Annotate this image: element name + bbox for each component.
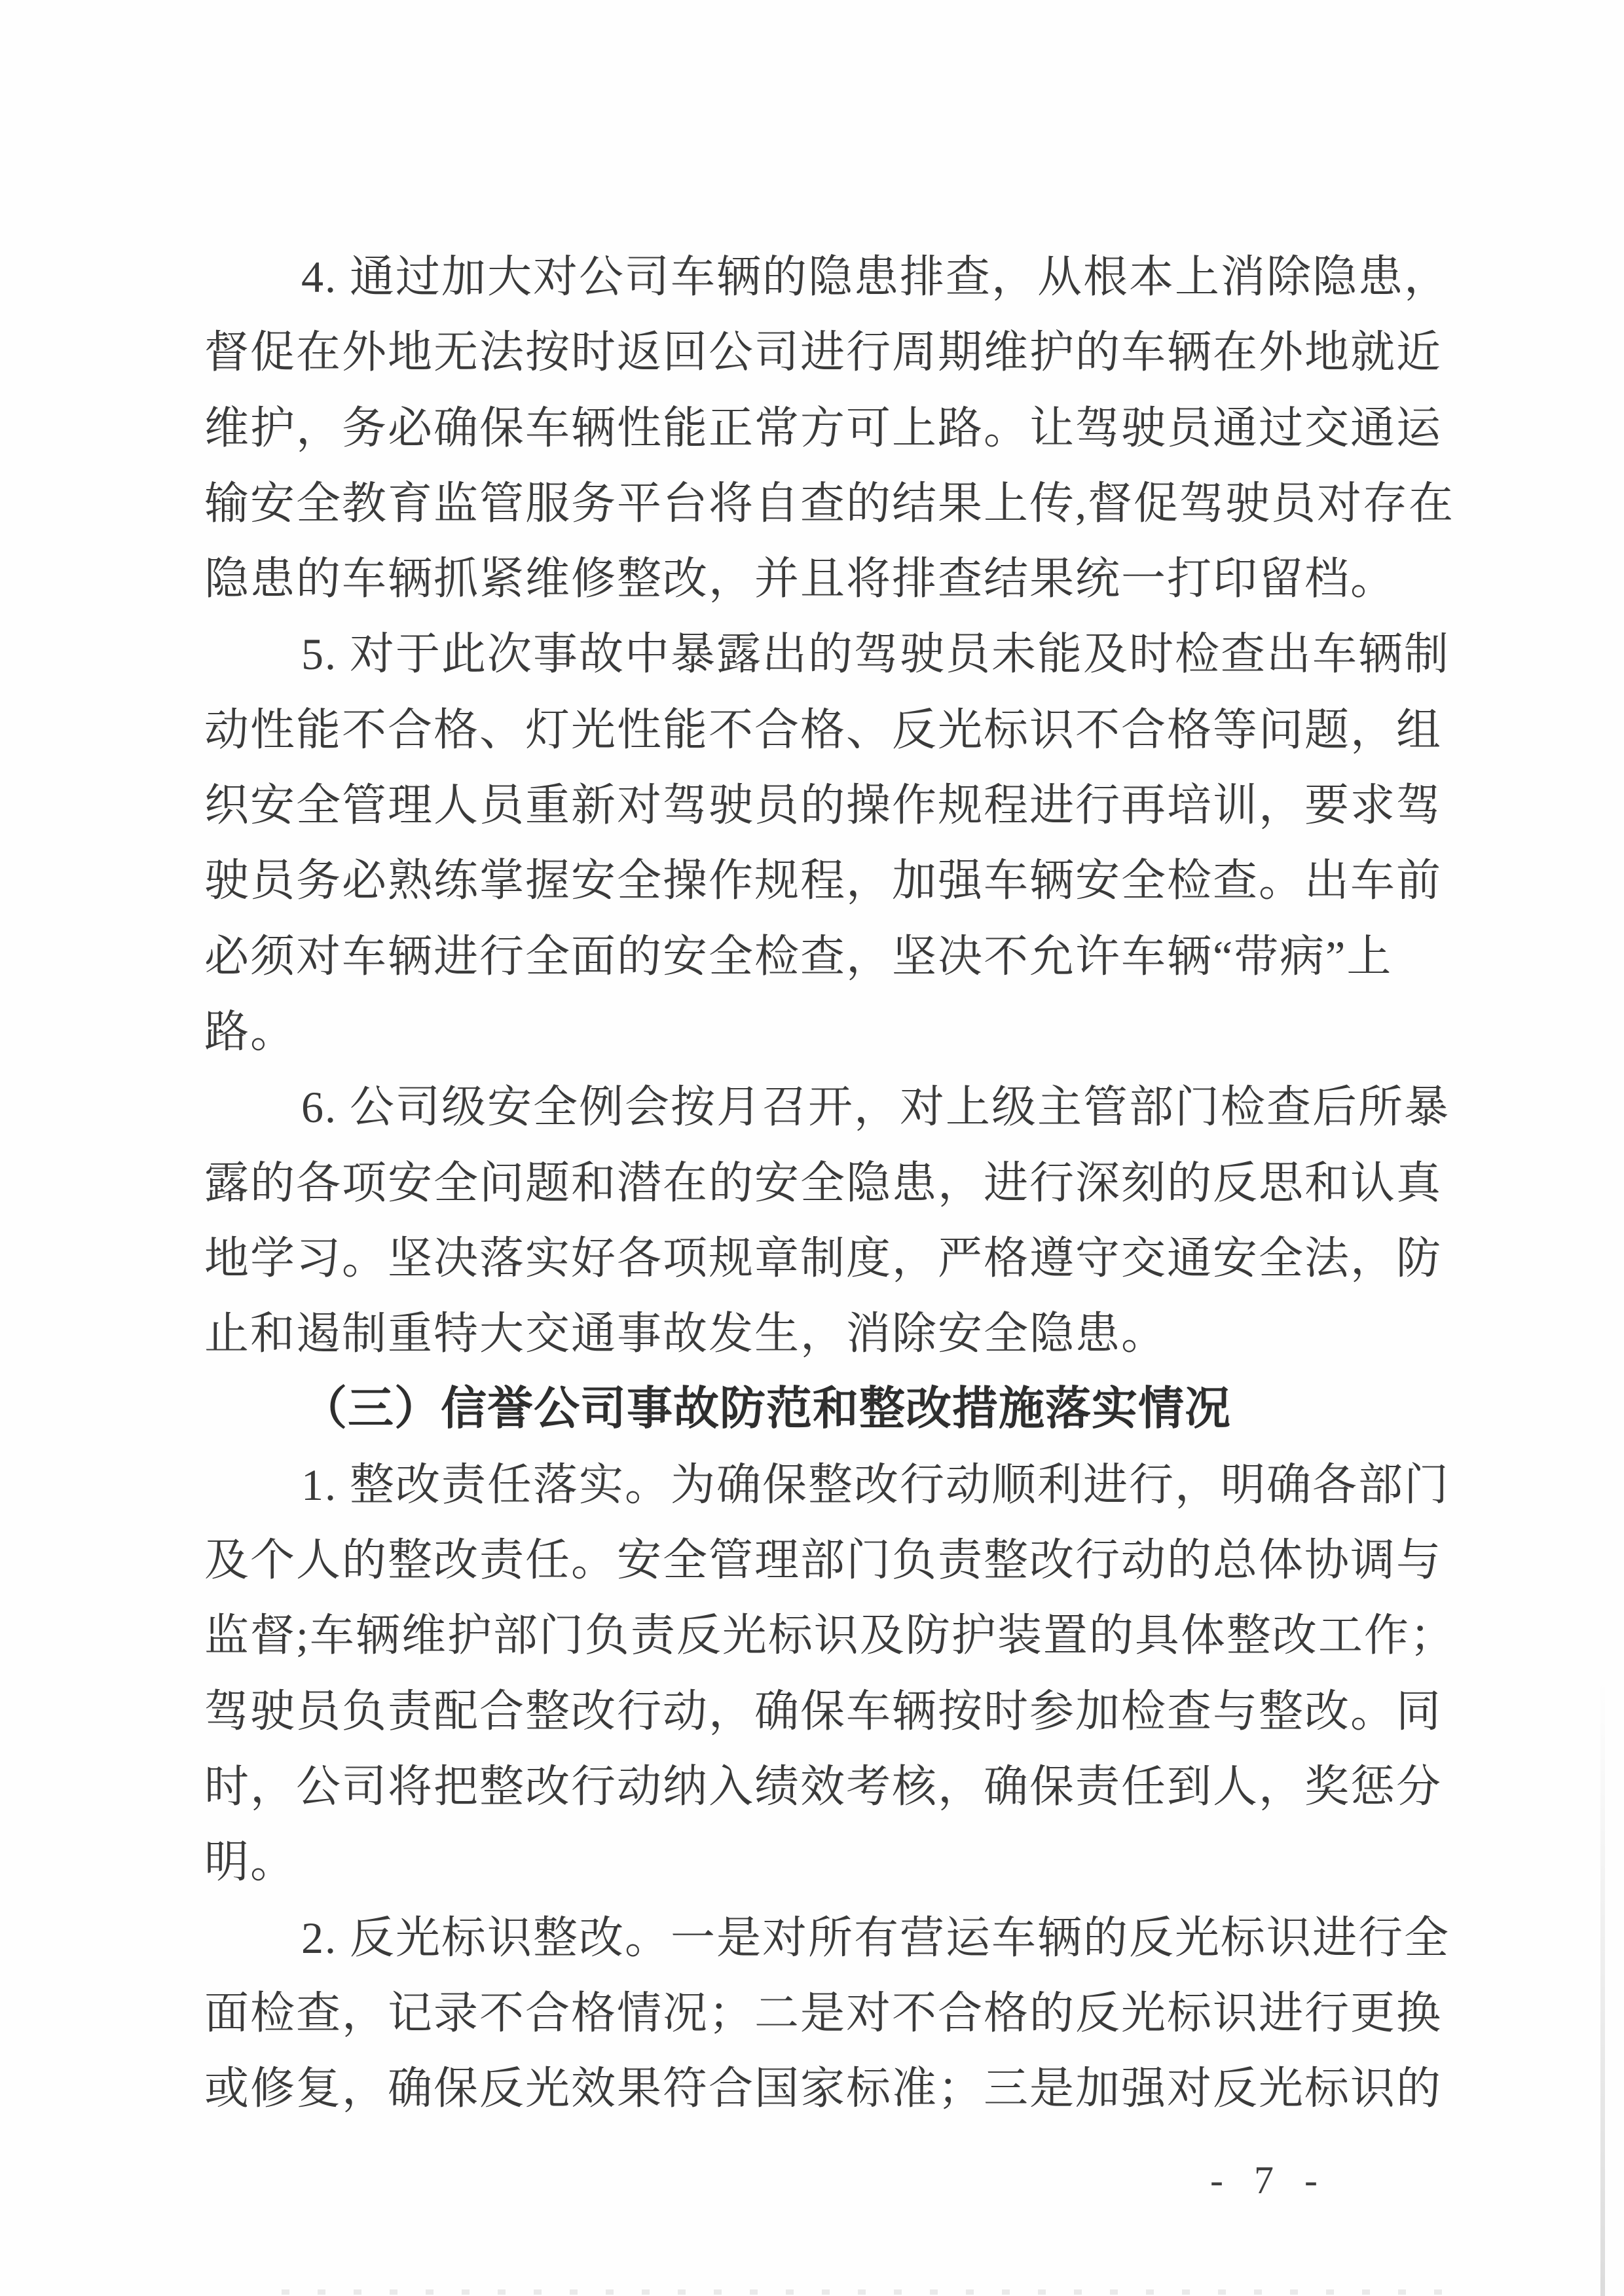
text-line: 路。 <box>204 994 1439 1070</box>
text-line: 4. 通过加大对公司车辆的隐患排查，从根本上消除隐患， <box>204 240 1439 315</box>
scan-artifact-bottom-fragments <box>282 2289 1460 2295</box>
text-line: 时，公司将把整改行动纳入绩效考核，确保责任到人，奖惩分 <box>204 1749 1439 1825</box>
text-line: 露的各项安全问题和潜在的安全隐患，进行深刻的反思和认真 <box>204 1146 1439 1221</box>
text-line: 及个人的整改责任。安全管理部门负责整改行动的总体协调与 <box>204 1523 1439 1598</box>
text-line: 6. 公司级安全例会按月召开，对上级主管部门检查后所暴 <box>204 1070 1439 1145</box>
text-line: 隐患的车辆抓紧维修整改，并且将排查结果统一打印留档。 <box>204 541 1439 617</box>
text-line: 2. 反光标识整改。一是对所有营运车辆的反光标识进行全 <box>204 1901 1439 1976</box>
text-line: 地学习。坚决落实好各项规章制度，严格遵守交通安全法，防 <box>204 1221 1439 1296</box>
text-line: 动性能不合格、灯光性能不合格、反光标识不合格等问题，组 <box>204 693 1439 768</box>
text-line: 1. 整改责任落实。为确保整改行动顺利进行，明确各部门 <box>204 1448 1439 1523</box>
text-line: 维护，务必确保车辆性能正常方可上路。让驾驶员通过交通运 <box>204 391 1439 466</box>
document-page: 4. 通过加大对公司车辆的隐患排查，从根本上消除隐患， 督促在外地无法按时返回公… <box>0 0 1624 2296</box>
text-line: 5. 对于此次事故中暴露出的驾驶员未能及时检查出车辆制 <box>204 617 1439 692</box>
text-line: 止和遏制重特大交通事故发生，消除安全隐患。 <box>204 1296 1439 1372</box>
text-line: 督促在外地无法按时返回公司进行周期维护的车辆在外地就近 <box>204 315 1439 390</box>
text-line: 驶员务必熟练掌握安全操作规程，加强车辆安全检查。出车前 <box>204 843 1439 919</box>
text-line: 输安全教育监管服务平台将自查的结果上传,督促驾驶员对存在 <box>204 466 1439 541</box>
page-number: - 7 - <box>1210 2158 1328 2203</box>
text-line: 织安全管理人员重新对驾驶员的操作规程进行再培训，要求驾 <box>204 768 1439 843</box>
text-line: 或修复，确保反光效果符合国家标准；三是加强对反光标识的 <box>204 2051 1439 2126</box>
text-line: 驾驶员负责配合整改行动，确保车辆按时参加检查与整改。同 <box>204 1674 1439 1749</box>
text-line: 必须对车辆进行全面的安全检查，坚决不允许车辆“带病”上 <box>204 919 1439 994</box>
text-line: 监督;车辆维护部门负责反光标识及防护装置的具体整改工作； <box>204 1598 1439 1673</box>
section-heading: （三）信誉公司事故防范和整改措施落实情况 <box>204 1372 1439 1447</box>
text-line: 明。 <box>204 1825 1439 1900</box>
scan-artifact-right-streak <box>1600 1676 1605 2296</box>
text-line: 面检查，记录不合格情况；二是对不合格的反光标识进行更换 <box>204 1976 1439 2051</box>
body-text: 4. 通过加大对公司车辆的隐患排查，从根本上消除隐患， 督促在外地无法按时返回公… <box>204 240 1439 2126</box>
